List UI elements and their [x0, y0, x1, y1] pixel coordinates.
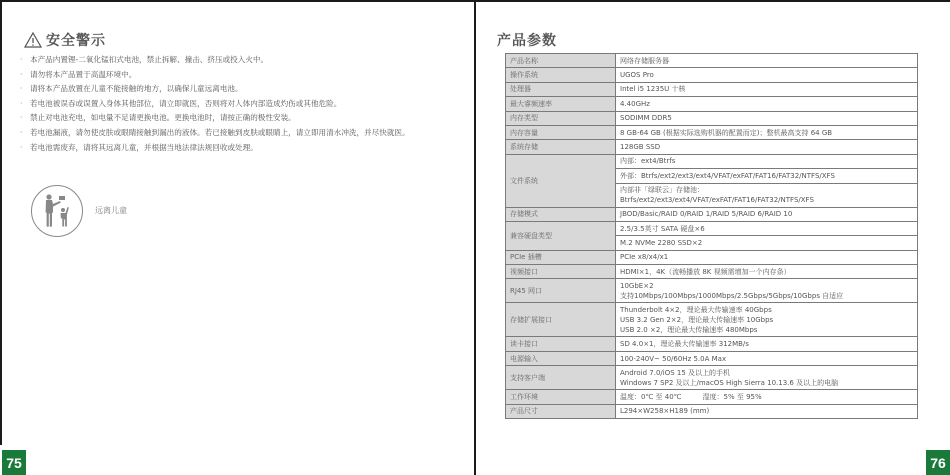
spec-value: HDMI×1，4K（流畅播放 8K 视频需增加一个内存条） — [616, 265, 918, 279]
spec-row: 内存类型SODIMM DDR5 — [506, 111, 918, 125]
warning-triangle-icon — [24, 32, 42, 48]
spec-value: 2.5/3.5英寸 SATA 硬盘×6 — [616, 221, 918, 235]
spec-row: 兼容硬盘类型2.5/3.5英寸 SATA 硬盘×6 — [506, 221, 918, 235]
spec-value: 128GB SSD — [616, 140, 918, 154]
safety-warning-title: 安全警示 — [46, 30, 106, 50]
spec-row: RJ45 网口10GbE×2 支持10Mbps/100Mbps/1000Mbps… — [506, 279, 918, 303]
warning-item: 本产品内置锂-二氧化锰扣式电池，禁止拆解、撞击、挤压或投入火中。 — [20, 53, 460, 68]
spec-label: PCIe 插槽 — [506, 250, 616, 264]
spec-value: SD 4.0×1，理论最大传输速率 312MB/s — [616, 337, 918, 351]
spec-value: PCIe x8/x4/x1 — [616, 250, 918, 264]
spec-value: 内部非「绿联云」存储池： Btrfs/ext2/ext3/ext4/VFAT/e… — [616, 183, 918, 207]
spec-value: 外部：Btrfs/ext2/ext3/ext4/VFAT/exFAT/FAT16… — [616, 169, 918, 183]
spec-value: Intel i5 1235U 十核 — [616, 82, 918, 96]
spec-row: 处理器Intel i5 1235U 十核 — [506, 82, 918, 96]
spec-label: RJ45 网口 — [506, 279, 616, 303]
spec-row: 操作系统UGOS Pro — [506, 68, 918, 82]
spec-label: 产品名称 — [506, 54, 616, 68]
spec-row: 最大睿频速率4.40GHz — [506, 97, 918, 111]
spec-label: 读卡接口 — [506, 337, 616, 351]
warning-item: 请勿将本产品置于高温环境中。 — [20, 68, 460, 83]
spec-value: SODIMM DDR5 — [616, 111, 918, 125]
warning-item: 若电池需废弃，请将其远离儿童，并根据当地法律法规回收或处理。 — [20, 141, 460, 156]
spec-label: 处理器 — [506, 82, 616, 96]
right-page: 产品参数 产品名称网络存储服务器操作系统UGOS Pro处理器Intel i5 … — [476, 0, 950, 475]
spec-row: 工作环境温度：0℃ 至 40℃ 湿度：5% 至 95% — [506, 390, 918, 404]
spec-row: 读卡接口SD 4.0×1，理论最大传输速率 312MB/s — [506, 337, 918, 351]
spec-label: 内存类型 — [506, 111, 616, 125]
spec-row: 产品名称网络存储服务器 — [506, 54, 918, 68]
spec-value: 4.40GHz — [616, 97, 918, 111]
spec-label: 支持客户端 — [506, 366, 616, 390]
warning-item: 请将本产品放置在儿童不能接触的地方，以确保儿童远离电池。 — [20, 82, 460, 97]
warning-item: 若电池漏液，请勿使皮肤或眼睛接触到漏出的液体。若已接触到皮肤或眼睛上，请立即用清… — [20, 126, 460, 141]
spec-label: 产品尺寸 — [506, 404, 616, 418]
spec-value: 内部：ext4/Btrfs — [616, 154, 918, 168]
spec-row: 产品尺寸L294×W258×H189 (mm) — [506, 404, 918, 418]
spec-row: 存储模式JBOD/Basic/RAID 0/RAID 1/RAID 5/RAID… — [506, 207, 918, 221]
spec-label: 操作系统 — [506, 68, 616, 82]
safety-warning-heading: 安全警示 — [24, 30, 106, 50]
spec-label: 兼容硬盘类型 — [506, 221, 616, 250]
spec-row: 电源输入100-240V~ 50/60Hz 5.0A Max — [506, 351, 918, 365]
spec-table: 产品名称网络存储服务器操作系统UGOS Pro处理器Intel i5 1235U… — [505, 53, 918, 419]
spec-value: 网络存储服务器 — [616, 54, 918, 68]
page-number-right: 76 — [926, 450, 950, 475]
spec-label: 存储模式 — [506, 207, 616, 221]
spec-label: 视频接口 — [506, 265, 616, 279]
spec-value: L294×W258×H189 (mm) — [616, 404, 918, 418]
spec-row: 支持客户端Android 7.0/iOS 15 及以上的手机 Windows 7… — [506, 366, 918, 390]
spec-value: 温度：0℃ 至 40℃ 湿度：5% 至 95% — [616, 390, 918, 404]
spec-label: 系统存储 — [506, 140, 616, 154]
spec-value: M.2 NVMe 2280 SSD×2 — [616, 236, 918, 250]
spec-row: PCIe 插槽PCIe x8/x4/x1 — [506, 250, 918, 264]
product-specs-title: 产品参数 — [497, 30, 557, 50]
spec-label: 文件系统 — [506, 154, 616, 207]
page-number-left: 75 — [2, 450, 26, 475]
spec-value: 8 GB-64 GB (根据实际选购机器的配置而定)；整机最高支持 64 GB — [616, 125, 918, 139]
warning-list: 本产品内置锂-二氧化锰扣式电池，禁止拆解、撞击、挤压或投入火中。 请勿将本产品置… — [20, 53, 460, 155]
left-page: 安全警示 本产品内置锂-二氧化锰扣式电池，禁止拆解、撞击、挤压或投入火中。 请勿… — [2, 0, 474, 475]
spec-label: 工作环境 — [506, 390, 616, 404]
spec-value: Android 7.0/iOS 15 及以上的手机 Windows 7 SP2 … — [616, 366, 918, 390]
spec-row: 系统存储128GB SSD — [506, 140, 918, 154]
spec-row: 存储扩展接口Thunderbolt 4×2，理论最大传输速率 40Gbps US… — [506, 303, 918, 337]
spec-label: 电源输入 — [506, 351, 616, 365]
spec-value: 10GbE×2 支持10Mbps/100Mbps/1000Mbps/2.5Gbp… — [616, 279, 918, 303]
spec-value: JBOD/Basic/RAID 0/RAID 1/RAID 5/RAID 6/R… — [616, 207, 918, 221]
spec-value: 100-240V~ 50/60Hz 5.0A Max — [616, 351, 918, 365]
spec-row: 视频接口HDMI×1，4K（流畅播放 8K 视频需增加一个内存条） — [506, 265, 918, 279]
spec-label: 存储扩展接口 — [506, 303, 616, 337]
warning-item: 禁止对电池充电，如电量不足请更换电池。更换电池时，请按正确的极性安装。 — [20, 111, 460, 126]
spec-row: 文件系统内部：ext4/Btrfs — [506, 154, 918, 168]
spec-label: 最大睿频速率 — [506, 97, 616, 111]
spec-label: 内存容量 — [506, 125, 616, 139]
spec-value: UGOS Pro — [616, 68, 918, 82]
keep-away-from-children-label: 远离儿童 — [95, 205, 127, 216]
keep-away-from-children-icon — [30, 184, 84, 238]
warning-item: 若电池被误吞或误置入身体其他部位，请立即就医，否则将对人体内部造成灼伤或其他危险… — [20, 97, 460, 112]
spec-value: Thunderbolt 4×2，理论最大传输速率 40Gbps USB 3.2 … — [616, 303, 918, 337]
spec-row: 内存容量8 GB-64 GB (根据实际选购机器的配置而定)；整机最高支持 64… — [506, 125, 918, 139]
